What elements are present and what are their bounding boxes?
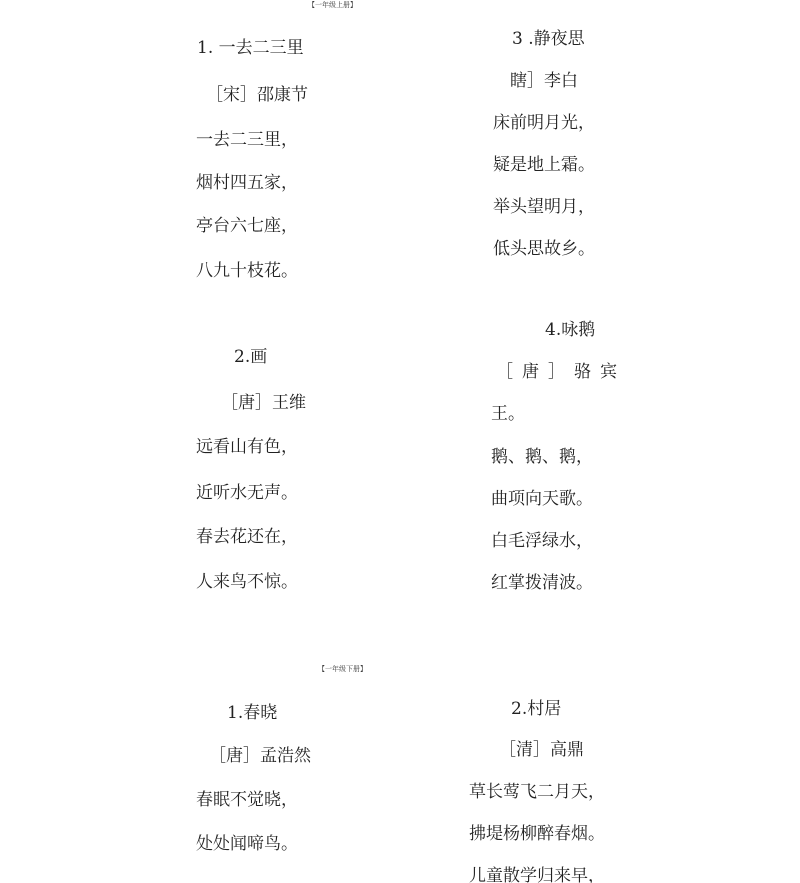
poem-title: 1.春晓	[227, 703, 277, 723]
poem-line: 八九十枝花。	[196, 261, 298, 281]
poem-line: 一去二三里，	[196, 130, 298, 150]
poem-line: 儿童散学归来早，	[469, 866, 605, 883]
poem-author: ［唐］王维	[221, 393, 306, 413]
poem-author: ［清］高鼎	[499, 740, 584, 760]
poem-line: 低头思故乡。	[493, 239, 595, 259]
poem-author: ［唐］孟浩然	[209, 746, 311, 766]
poem-line: 疑是地上霜。	[493, 155, 595, 175]
poem-title: 3 .静夜思	[512, 29, 585, 49]
poem-line: 人来鸟不惊。	[196, 572, 298, 592]
poem-line: 曲项向天歌。	[491, 489, 593, 509]
poem-line: 拂堤杨柳醉春烟。	[469, 824, 605, 844]
poem-line: 春眠不觉晓，	[196, 790, 298, 810]
poem-author-continued: 王。	[491, 404, 525, 424]
poem-line: 远看山有色，	[196, 437, 298, 457]
poem-line: 处处闻啼鸟。	[196, 834, 298, 854]
poem-line: 草长莺飞二月天，	[469, 782, 605, 802]
poem-line: 春去花还在，	[196, 527, 298, 547]
section-header-grade1-vol2: 【一年级下册】	[318, 665, 367, 674]
poem-title: 2.画	[234, 347, 267, 367]
poem-line: 鹅、鹅、鹅，	[491, 447, 593, 467]
poem-title: 4.咏鹅	[545, 320, 595, 340]
poem-line: 白毛浮绿水，	[491, 531, 593, 551]
poem-line: 烟村四五家，	[196, 173, 298, 193]
poem-line: 近听水无声。	[196, 483, 298, 503]
poem-author: ［宋］邵康节	[206, 85, 308, 105]
poem-author: ［唐］骆宾	[496, 362, 626, 382]
poem-line: 床前明月光，	[493, 113, 595, 133]
poem-title: 2.村居	[511, 699, 561, 719]
poem-author: 瞎］李白	[510, 71, 578, 91]
section-header-grade1-vol1: 【一年级上册】	[308, 1, 357, 10]
poem-line: 红掌拨清波。	[491, 573, 593, 593]
poem-title: 1. 一去二三里	[197, 38, 304, 58]
poem-line: 举头望明月，	[493, 197, 595, 217]
poem-line: 亭台六七座，	[196, 216, 298, 236]
